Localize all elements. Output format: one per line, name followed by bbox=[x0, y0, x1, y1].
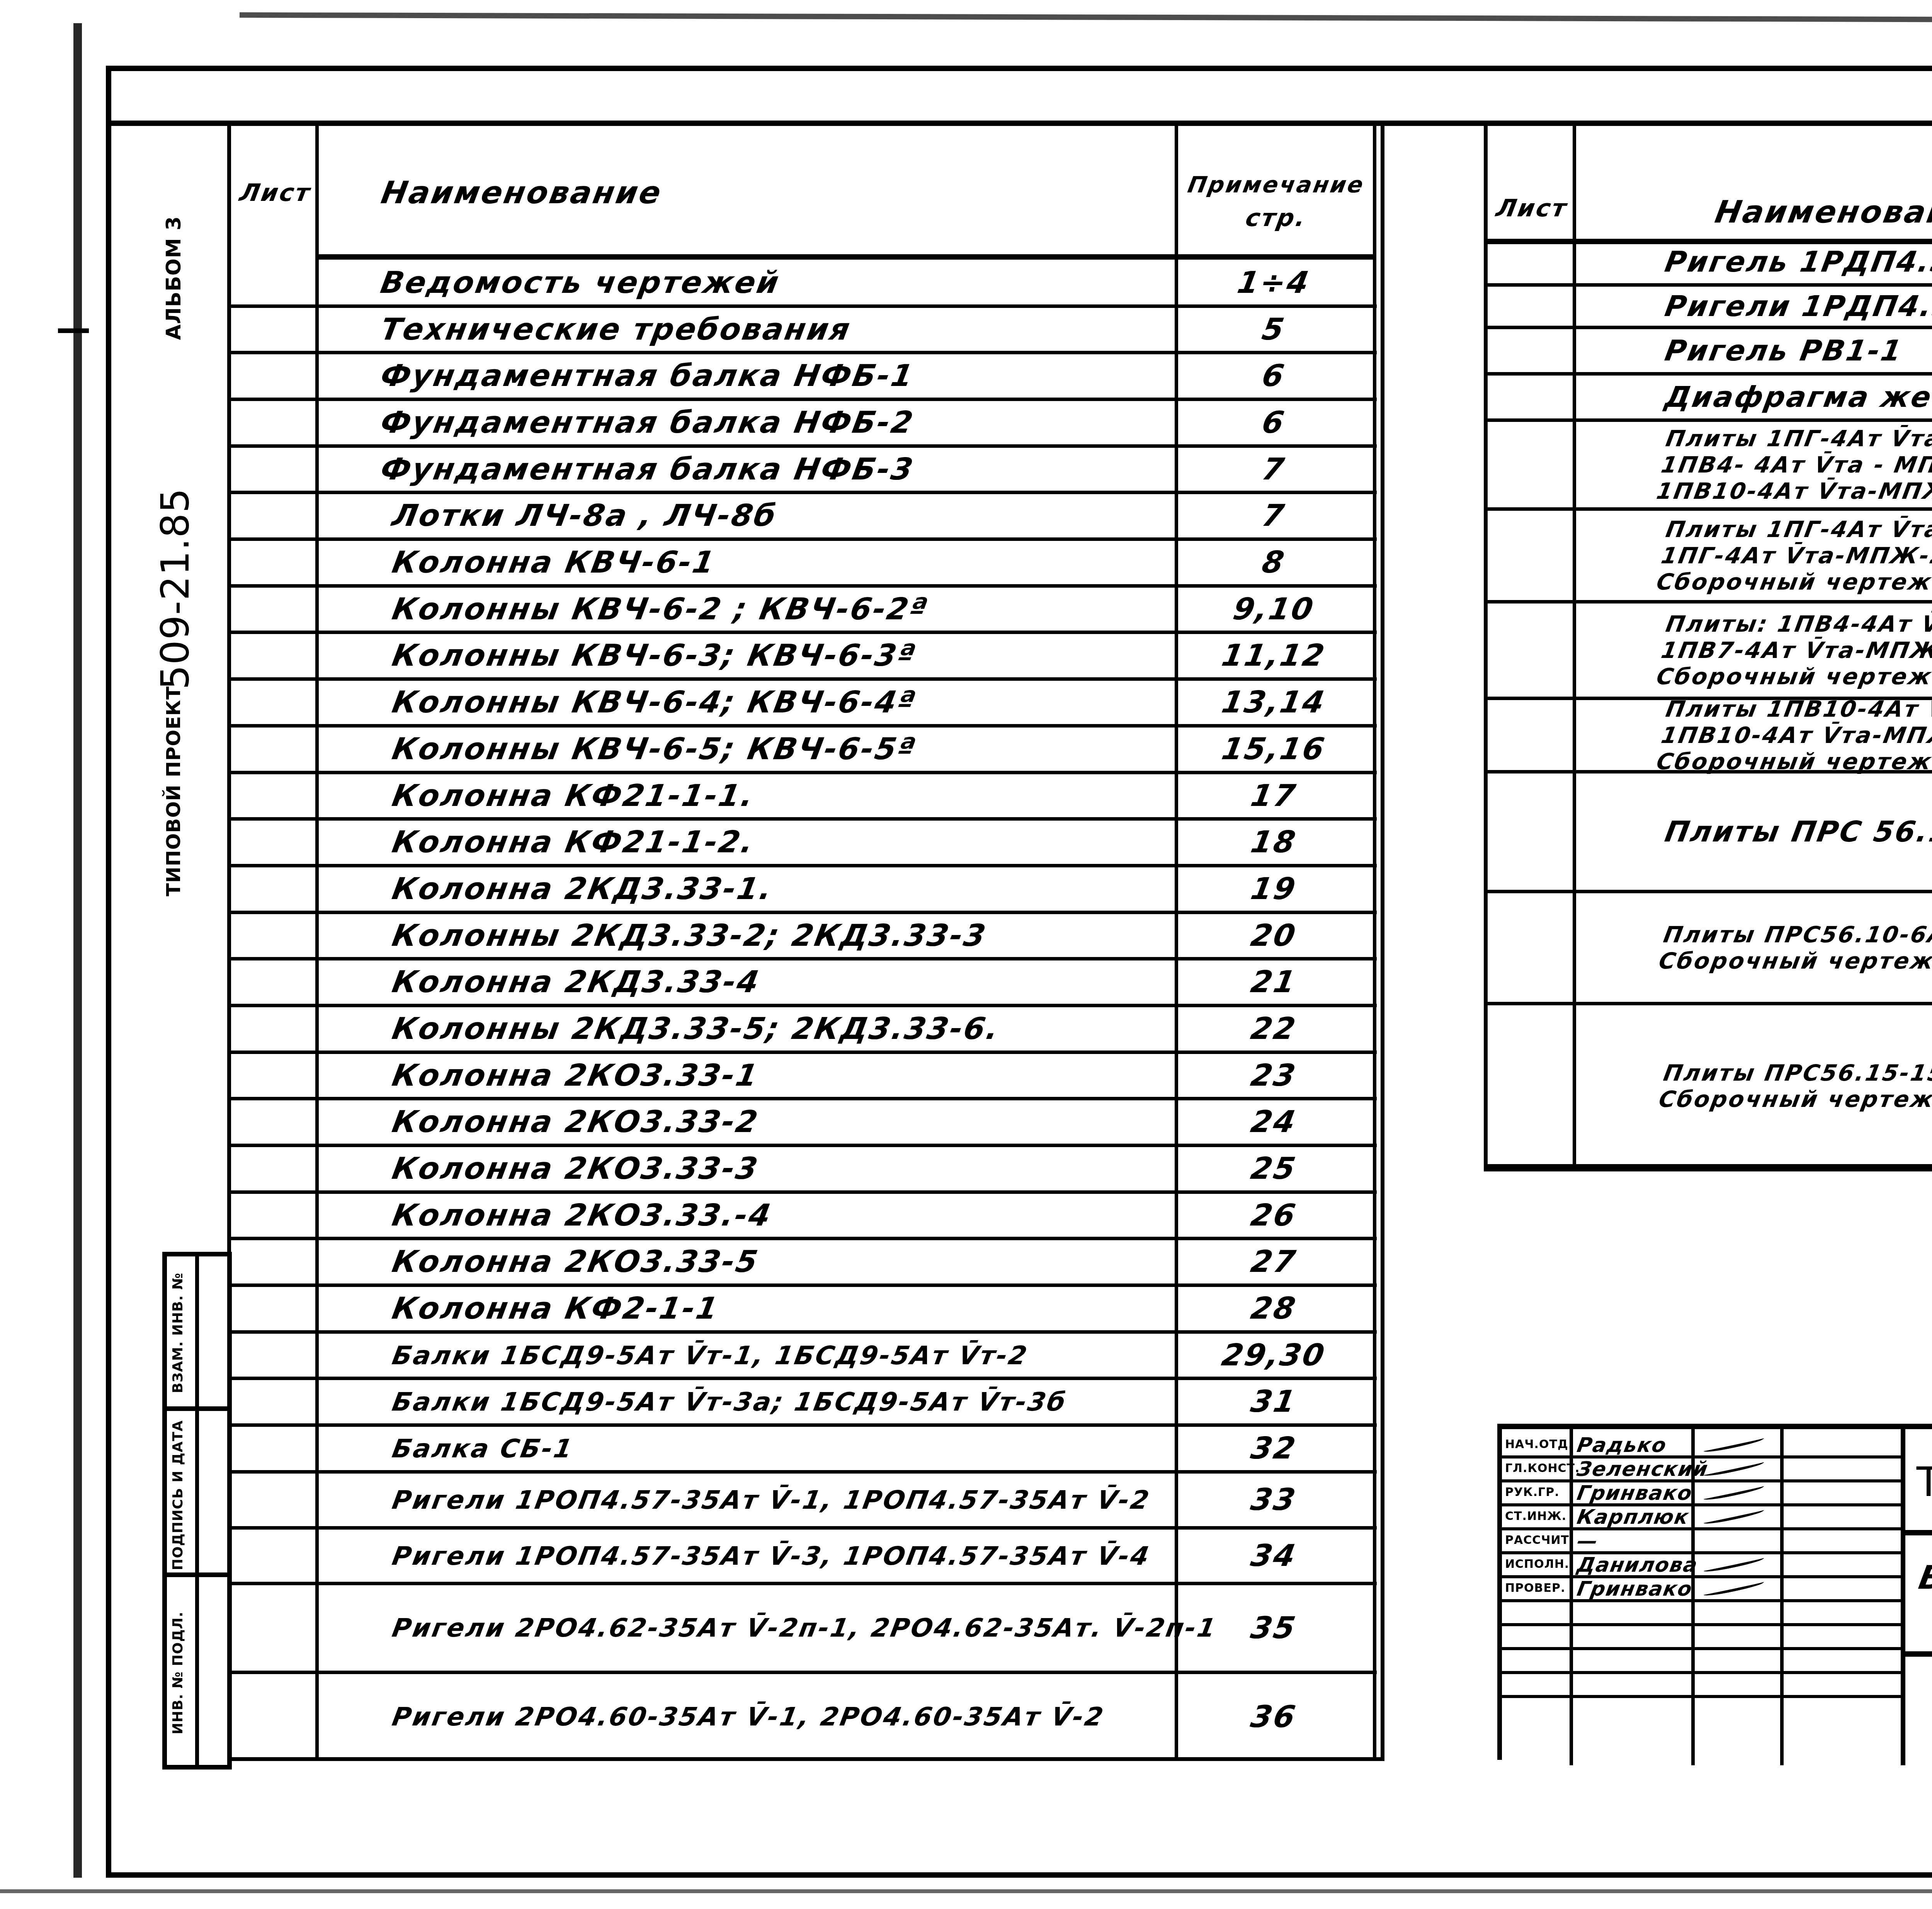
row-name: Колонна 2КО3.33.-4 bbox=[311, 1192, 1179, 1239]
staff-row-divider bbox=[1502, 1575, 1901, 1578]
table-row: Ригель РВ1-139 bbox=[1484, 328, 1932, 374]
row-page: 31 bbox=[1170, 1379, 1377, 1425]
row-page: 18 bbox=[1170, 819, 1377, 866]
table-row: Колонны КВЧ-6-3; КВЧ-6-3ª11,12 bbox=[227, 632, 1377, 679]
row-name-line: Сборочный чертеж. bbox=[1657, 1086, 1932, 1112]
row-name: Плиты 1ПВ10-4Ат V̄та- МПЖ-200-11ПВ10-4Ат… bbox=[1566, 699, 1932, 772]
table-row: Плиты 1ПГ-4Ат V̄та-МПЖ-200-11ПГ-4Ат V̄та… bbox=[1484, 509, 1932, 602]
row-name: Технические требования bbox=[311, 306, 1179, 353]
staff-role: РУК.ГР. bbox=[1505, 1486, 1560, 1499]
binding-edge bbox=[73, 23, 82, 1878]
row-name: Плиты ПРС56.10-6Ат V̄т-1÷ПРС 56.10-6Ат V… bbox=[1563, 892, 1932, 1004]
row-page: 33 bbox=[1170, 1472, 1378, 1528]
row-name: Ригель 1РДП4.57-69Ат V̄-А. bbox=[1568, 239, 1932, 285]
row-name: Колонны 2КД3.33-5; 2КД3.33-6. bbox=[311, 1006, 1179, 1052]
row-page: 19 bbox=[1170, 866, 1377, 913]
row-name: Фундаментная балка НФБ-1 bbox=[311, 353, 1179, 399]
row-name: Колонны КВЧ-6-3; КВЧ-6-3ª bbox=[311, 632, 1179, 679]
row-name: Колонны КВЧ-6-4; КВЧ-6-4ª bbox=[311, 679, 1179, 726]
table-row: Колонны 2КД3.33-5; 2КД3.33-6.22 bbox=[227, 1006, 1377, 1052]
table-row: Колонны 2КД3.33-2; 2КД3.33-320 bbox=[227, 913, 1377, 959]
row-name: Фундаментная балка НФБ-3 bbox=[311, 446, 1179, 493]
table-row: Балки 1БСД9-5Ат V̄т-1, 1БСД9-5Ат V̄т-229… bbox=[227, 1332, 1377, 1379]
staff-role: ИСПОЛН. bbox=[1505, 1557, 1569, 1571]
row-name: Фундаментная балка НФБ-2 bbox=[311, 399, 1179, 446]
table-row: Колонна КФ21-1-2.18 bbox=[227, 819, 1377, 866]
header-divider bbox=[315, 254, 1376, 260]
row-page: 1÷4 bbox=[1170, 260, 1377, 306]
row-name: Плиты: 1ПВ4-4Ат V̄та-МПЖ-200-1,1ПВ7-4Ат … bbox=[1564, 602, 1932, 699]
staff-role: ГЛ.КОНСТ. bbox=[1505, 1462, 1580, 1475]
row-page: 9,10 bbox=[1170, 586, 1377, 633]
staff-name: — bbox=[1575, 1530, 1600, 1553]
table-row: Фундаментная балка НФБ-16 bbox=[227, 353, 1377, 399]
staff-name: Радько bbox=[1575, 1434, 1669, 1457]
row-name: Колонна 2КО3.33-1 bbox=[311, 1052, 1179, 1099]
staff-name: Гринвако bbox=[1575, 1578, 1694, 1601]
top-edge bbox=[240, 12, 1932, 24]
row-name: Балки 1БСД9-5Ат V̄т-3а; 1БСД9-5Ат V̄т-3б bbox=[311, 1379, 1179, 1425]
staff-row-divider bbox=[1502, 1551, 1901, 1554]
header-name: Наименование bbox=[378, 173, 926, 212]
staff-role: РАССЧИТ. bbox=[1505, 1533, 1574, 1547]
staff-row-divider bbox=[1502, 1599, 1901, 1602]
drawings-list-table-left: Лист Наименование Примечание стр. Ведомо… bbox=[227, 123, 1384, 1761]
binding-mark bbox=[58, 328, 89, 333]
row-page: 8 bbox=[1170, 539, 1377, 586]
row-divider bbox=[1484, 1166, 1932, 1171]
row-name: Плиты 1ПГ-4Ат V̄та-МПЖ-200-11ПГ-4Ат V̄та… bbox=[1565, 509, 1932, 602]
table-row: Плиты ПРС 56.10-6Ат V̄т-1÷ПРС 56.10-6Ат … bbox=[1484, 772, 1932, 892]
staff-role: ПРОВЕР. bbox=[1505, 1581, 1565, 1595]
row-page: 22 bbox=[1170, 1006, 1377, 1052]
row-name-line: Плиты ПРС56.10-6Ат V̄т-1÷ПРС 56.10-6Ат V… bbox=[1662, 921, 1932, 948]
table-row: Ригели 1РОП4.57-35Ат V̄-1, 1РОП4.57-35Ат… bbox=[227, 1472, 1377, 1528]
staff-row-divider bbox=[1502, 1503, 1901, 1506]
table-row: Колонны КВЧ-6-4; КВЧ-6-4ª13,14 bbox=[227, 679, 1377, 726]
row-name: Колонна 2КД3.33-1. bbox=[311, 866, 1179, 913]
stamp-column-divider bbox=[195, 1252, 199, 1770]
table-row: Колонна 2КО3.33-325 bbox=[227, 1146, 1377, 1192]
row-name: Балка СБ-1 bbox=[311, 1425, 1179, 1472]
header-sheet: Лист bbox=[1489, 192, 1575, 223]
row-name: Колонна 2КО3.33-3 bbox=[311, 1146, 1179, 1192]
row-page: 11,12 bbox=[1170, 632, 1377, 679]
table-row: Фундаментная балка НФБ-26 bbox=[227, 399, 1377, 446]
row-name: Колонна 2КД3.33-4 bbox=[311, 959, 1179, 1006]
row-name: Плиты 1ПГ-4Ат V̄та - МПЖ-200-1÷41ПВ4- 4А… bbox=[1565, 420, 1932, 509]
row-page: 13,14 bbox=[1170, 679, 1377, 726]
project-type-label: ТИПОВОЙ ПРОЕКТ bbox=[162, 703, 185, 896]
row-name-line: 1ПВ7-4Ат V̄та-МПЖ-200-1; bbox=[1659, 637, 1932, 663]
row-name: Лотки ЛЧ-8а , ЛЧ-8б bbox=[311, 493, 1179, 539]
table-row: Ригели 1РОП4.57-35Ат V̄-3, 1РОП4.57-35Ат… bbox=[227, 1528, 1377, 1584]
row-page: 34 bbox=[1170, 1528, 1378, 1584]
staff-name: Гринвако bbox=[1575, 1482, 1694, 1505]
row-name: Ригель РВ1-1 bbox=[1568, 328, 1932, 374]
signature-scribble bbox=[1703, 1555, 1765, 1574]
title-divider bbox=[1905, 1651, 1932, 1657]
table-row: Колонна КФ2-1-128 bbox=[227, 1285, 1377, 1332]
row-page: 7 bbox=[1170, 493, 1377, 539]
header-note: Примечание bbox=[1175, 169, 1378, 200]
staff-name: Данилова bbox=[1575, 1554, 1700, 1577]
row-name-line: 1ПВ4- 4Ат V̄та - МПЖ-200-1; 1ПВ7-4Ат V̄т… bbox=[1659, 452, 1932, 478]
signature-scribble bbox=[1703, 1507, 1765, 1526]
table-row: Колонна КВЧ-6-18 bbox=[227, 539, 1377, 586]
row-name-line: 1ПВ10-4Ат V̄та-МПЖ-200-2, 1ПГ-4Ат V̄та-М… bbox=[1659, 722, 1932, 748]
row-name: Колонна КФ21-1-2. bbox=[311, 819, 1179, 866]
row-name: Колонна 2КО3.33-5 bbox=[311, 1239, 1179, 1285]
header-name: Наименование bbox=[1712, 192, 1932, 231]
staff-role: НАЧ.ОТД. bbox=[1505, 1438, 1573, 1451]
row-page: 28 bbox=[1170, 1285, 1377, 1332]
row-page: 6 bbox=[1170, 399, 1377, 446]
signature-scribble bbox=[1703, 1579, 1765, 1598]
signature-scribble bbox=[1703, 1435, 1765, 1454]
row-page: 5 bbox=[1170, 306, 1377, 353]
row-name: Колонна КФ21-1-1. bbox=[311, 773, 1179, 819]
staff-row-divider bbox=[1502, 1527, 1901, 1530]
table-row: Технические требования5 bbox=[227, 306, 1377, 353]
row-name: Ведомость чертежей bbox=[311, 260, 1179, 306]
row-page: 24 bbox=[1170, 1099, 1377, 1146]
table-row: Плиты ПРС56.10-6Ат V̄т-1÷ПРС 56.10-6Ат V… bbox=[1484, 892, 1932, 1004]
row-name-line: Диафрагма жесткости 2Д56.33-1 bbox=[1662, 381, 1932, 414]
table-row: Плиты 1ПВ10-4Ат V̄та- МПЖ-200-11ПВ10-4Ат… bbox=[1484, 699, 1932, 772]
table-row: Колонны КВЧ-6-2 ; КВЧ-6-2ª9,10 bbox=[227, 586, 1377, 633]
table-row: Плиты ПРС56.15-15Ат V̄т-1÷ПРС 56.15-10Ат… bbox=[1484, 1004, 1932, 1168]
staff-name: Зеленский bbox=[1575, 1458, 1710, 1481]
staff-name: Карплюк bbox=[1575, 1506, 1691, 1529]
row-name: Колонна 2КО3.33-2 bbox=[311, 1099, 1179, 1146]
project-code: 509-21.85 bbox=[153, 504, 195, 690]
row-name: Ригели 1РОП4.57-35Ат V̄-1, 1РОП4.57-35Ат… bbox=[310, 1472, 1180, 1528]
stamp-label-signature-date: ПОДПИСЬ И ДАТА bbox=[170, 1406, 193, 1584]
bottom-edge bbox=[0, 1889, 1932, 1893]
row-name-line: Плиты ПРС56.15-15Ат V̄т-1÷ПРС 56.15-10Ат… bbox=[1662, 1060, 1932, 1086]
album-label: АЛЬБОМ 3 bbox=[162, 224, 185, 340]
row-name: Плиты ПРС56.15-15Ат V̄т-1÷ПРС 56.15-10Ат… bbox=[1558, 1004, 1932, 1168]
staff-row-divider bbox=[1502, 1623, 1901, 1626]
row-name: Ригели 2РО4.60-35Ат V̄-1, 2РО4.60-35Ат V… bbox=[308, 1673, 1182, 1761]
table-row: Колонна 2КО3.33-527 bbox=[227, 1239, 1377, 1285]
stamp-label-original-inv: ИНВ. № ПОДЛ. bbox=[170, 1592, 193, 1754]
staff-row-divider bbox=[1502, 1671, 1901, 1674]
row-page: 29,30 bbox=[1170, 1332, 1377, 1379]
row-name-line: Плиты 1ПГ-4Ат V̄та - МПЖ-200-1÷4 bbox=[1664, 425, 1932, 452]
table-row: Балка СБ-132 bbox=[227, 1425, 1377, 1472]
table-row: Колонны КВЧ-6-5; КВЧ-6-5ª15,16 bbox=[227, 726, 1377, 773]
row-page: 20 bbox=[1170, 913, 1377, 959]
row-name: Ригели 2РО4.62-35Ат V̄-2п-1, 2РО4.62-35А… bbox=[308, 1584, 1182, 1672]
table-row: Ригели 1РДП4.57-69Ат V̄-А-1; 1РДП4.57-69… bbox=[1484, 285, 1932, 328]
row-name: Колонна КФ2-1-1 bbox=[311, 1285, 1179, 1332]
drawings-list-table-right: Лист Наименование Примечан. стр. Ригель … bbox=[1484, 123, 1932, 1168]
row-name: Ригели 1РОП4.57-35Ат V̄-3, 1РОП4.57-35Ат… bbox=[310, 1528, 1180, 1584]
row-name-line: 1ПВ10-4Ат V̄та-МПЖ-200-1; 2. bbox=[1655, 478, 1932, 504]
row-name: Колонна КВЧ-6-1 bbox=[311, 539, 1179, 586]
row-name-line: Плиты ПРС 56.10-6Ат V̄т-1÷ПРС 56.10-6Ат … bbox=[1662, 815, 1932, 848]
row-name-line: Сборочный чертеж. bbox=[1655, 569, 1932, 595]
table-row: Диафрагма жесткости 2Д56.33-139 bbox=[1484, 374, 1932, 420]
staff-role: СТ.ИНЖ. bbox=[1505, 1510, 1566, 1523]
table-row: Колонна 2КО3.33-224 bbox=[227, 1099, 1377, 1146]
row-name-line: Ригели 1РДП4.57-69Ат V̄-А-1; 1РДП4.57-69… bbox=[1662, 290, 1932, 323]
row-name: Колонны 2КД3.33-2; 2КД3.33-3 bbox=[311, 913, 1179, 959]
row-name-line: Плиты 1ПГ-4Ат V̄та-МПЖ-200-1 bbox=[1664, 516, 1932, 542]
table-row: Ригели 2РО4.62-35Ат V̄-2п-1, 2РО4.62-35А… bbox=[227, 1584, 1377, 1672]
row-name: Ригели 1РДП4.57-69Ат V̄-А-1; 1РДП4.57-69… bbox=[1569, 285, 1932, 328]
signature-scribble bbox=[1703, 1459, 1765, 1478]
header-sheet: Лист bbox=[232, 177, 319, 208]
table-row: Балки 1БСД9-5Ат V̄т-3а; 1БСД9-5Ат V̄т-3б… bbox=[227, 1379, 1377, 1425]
table-row: Плиты 1ПГ-4Ат V̄та - МПЖ-200-1÷41ПВ4- 4А… bbox=[1484, 420, 1932, 509]
row-name-line: Плиты 1ПВ10-4Ат V̄та- МПЖ-200-1 bbox=[1664, 696, 1932, 722]
row-name: Колонны КВЧ-6-5; КВЧ-6-5ª bbox=[311, 726, 1179, 773]
row-name: Балки 1БСД9-5Ат V̄т-1, 1БСД9-5Ат V̄т-2 bbox=[311, 1332, 1179, 1379]
row-name-line: Плиты: 1ПВ4-4Ат V̄та-МПЖ-200-1, bbox=[1664, 611, 1932, 637]
table-row: Колонна 2КД3.33-421 bbox=[227, 959, 1377, 1006]
staff-row-divider bbox=[1502, 1647, 1901, 1650]
row-name-line: Ригель РВ1-1 bbox=[1662, 334, 1905, 367]
table-row: Лотки ЛЧ-8а , ЛЧ-8б7 bbox=[227, 493, 1377, 539]
sheet-title-line1: Ведомость чертежей bbox=[1916, 1559, 1932, 1596]
row-page: 21 bbox=[1170, 959, 1377, 1006]
row-name: Плиты ПРС 56.10-6Ат V̄т-1÷ПРС 56.10-6Ат … bbox=[1562, 772, 1932, 892]
table-row: Ригель 1РДП4.57-69Ат V̄-А.37 bbox=[1484, 239, 1932, 285]
row-name-line: 1ПГ-4Ат V̄та-МПЖ-200-2, 1ПГ-4Ат V̄та-МПЖ… bbox=[1659, 542, 1932, 569]
row-page: 26 bbox=[1170, 1192, 1377, 1239]
table-row: Ведомость чертежей1÷4 bbox=[227, 260, 1377, 306]
row-page: 15,16 bbox=[1170, 726, 1377, 773]
row-page: 7 bbox=[1170, 446, 1377, 493]
row-page: 32 bbox=[1170, 1425, 1377, 1472]
table-row: Колонна 2КД3.33-1.19 bbox=[227, 866, 1377, 913]
table-row: Плиты: 1ПВ4-4Ат V̄та-МПЖ-200-1,1ПВ7-4Ат … bbox=[1484, 602, 1932, 699]
row-name-line: Сборочный чертеж. bbox=[1655, 663, 1932, 690]
designation: ТП 509-21.85 КЖИ-ДО bbox=[1915, 1456, 1932, 1506]
stamp-label-replaced-inv: ВЗАМ. ИНВ. № bbox=[170, 1252, 193, 1414]
table-row: Колонна 2КО3.33.-426 bbox=[227, 1192, 1377, 1239]
title-block: НАЧ.ОТД.РадькоГЛ.КОНСТ.ЗеленскийРУК.ГР.Г… bbox=[1497, 1424, 1932, 1760]
row-page: 35 bbox=[1167, 1584, 1381, 1672]
table-row: Фундаментная балка НФБ-37 bbox=[227, 446, 1377, 493]
row-name-line: Ригель 1РДП4.57-69Ат V̄-А. bbox=[1662, 245, 1932, 279]
row-page: 36 bbox=[1167, 1673, 1381, 1761]
row-page: 17 bbox=[1170, 773, 1377, 819]
row-name-line: Сборочный чертеж. bbox=[1657, 948, 1932, 974]
row-page: 6 bbox=[1170, 353, 1377, 399]
header-note-page: стр. bbox=[1175, 202, 1378, 233]
signature-scribble bbox=[1703, 1483, 1765, 1502]
row-page: 23 bbox=[1170, 1052, 1377, 1099]
staff-row-divider bbox=[1502, 1695, 1901, 1698]
row-page: 27 bbox=[1170, 1239, 1377, 1285]
row-name: Диафрагма жесткости 2Д56.33-1 bbox=[1568, 374, 1932, 420]
row-page: 25 bbox=[1170, 1146, 1377, 1192]
table-row: Колонна 2КО3.33-123 bbox=[227, 1052, 1377, 1099]
table-row: Колонна КФ21-1-1.17 bbox=[227, 773, 1377, 819]
table-row: Ригели 2РО4.60-35Ат V̄-1, 2РО4.60-35Ат V… bbox=[227, 1673, 1377, 1761]
row-name: Колонны КВЧ-6-2 ; КВЧ-6-2ª bbox=[311, 586, 1179, 633]
